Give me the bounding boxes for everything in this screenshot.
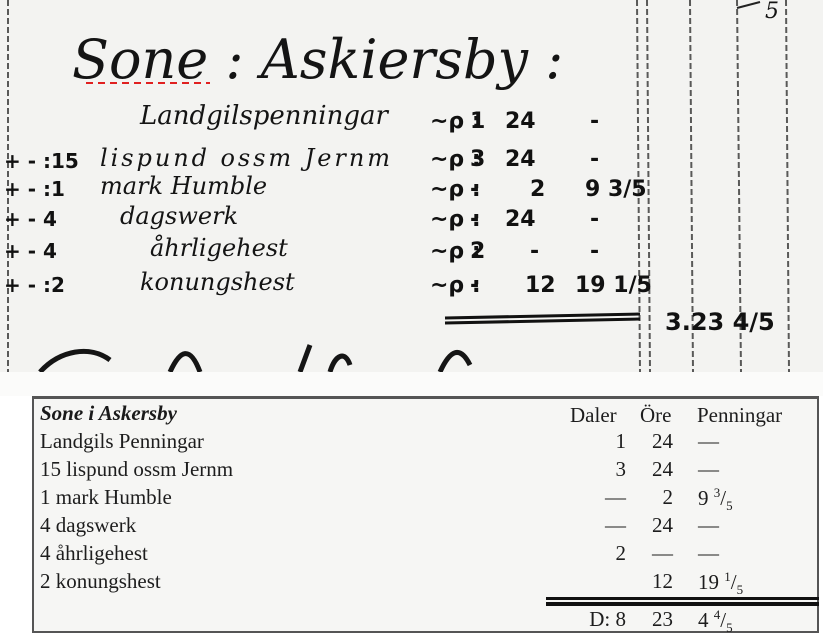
cell-daler: 3	[582, 457, 626, 482]
svg-text:2: 2	[470, 239, 485, 264]
svg-text:+ - :15: + - :15	[4, 149, 79, 173]
cell-ore: 24	[633, 513, 673, 538]
handwriting-layer: 5 Sone : Askiersby : Landgilspenningar ~…	[0, 0, 823, 372]
svg-text:19 1/5: 19 1/5	[575, 273, 652, 298]
svg-text:24: 24	[505, 147, 536, 172]
svg-text:12: 12	[525, 273, 556, 298]
svg-text:+ - :1: + - :1	[4, 177, 65, 201]
cell-ore: 2	[633, 485, 673, 510]
svg-text:24: 24	[505, 109, 536, 134]
table-row-label: 4 åhrligehest	[40, 541, 148, 566]
svg-text:-: -	[590, 109, 599, 134]
cell-penningar: —	[698, 513, 719, 538]
cell-penningar: 19 1/5	[698, 569, 743, 598]
separator	[0, 372, 823, 396]
header-daler: Daler	[570, 403, 617, 428]
svg-text:+ - 4: + - 4	[4, 207, 57, 231]
cell-daler: 2	[582, 541, 626, 566]
table-row-label: Landgils Penningar	[40, 429, 204, 454]
cell-ore: —	[633, 541, 673, 566]
svg-text:-: -	[590, 207, 599, 232]
cell-daler: 1	[582, 429, 626, 454]
table-title: Sone i Askersby	[40, 401, 177, 426]
svg-text:konungshest: konungshest	[140, 268, 295, 296]
table-row-label: 4 dagswerk	[40, 513, 136, 538]
svg-text:-: -	[590, 147, 599, 172]
cell-daler: —	[582, 513, 626, 538]
svg-text:-: -	[530, 239, 539, 264]
corner-mark: 5	[765, 0, 779, 24]
header-penningar: Penningar	[697, 403, 782, 428]
svg-text:åhrligehest: åhrligehest	[150, 233, 288, 262]
svg-text:-: -	[470, 177, 479, 202]
table-row-label: 2 konungshest	[40, 569, 161, 594]
cell-penningar: —	[698, 541, 719, 566]
header-ore: Öre	[640, 403, 671, 428]
svg-text:-: -	[590, 239, 599, 264]
transcription-table: Sone i Askersby Daler Öre Penningar Land…	[32, 396, 819, 633]
svg-text:lispund ossm Jernm: lispund ossm Jernm	[100, 144, 390, 172]
cell-ore: 24	[633, 429, 673, 454]
svg-text:-: -	[470, 273, 479, 298]
total-double-rule	[546, 597, 819, 606]
svg-text:9 3/5: 9 3/5	[585, 177, 647, 202]
manuscript-scan: 5 Sone : Askiersby : Landgilspenningar ~…	[0, 0, 823, 372]
cell-daler: —	[582, 485, 626, 510]
table-row-label: 15 lispund ossm Jernm	[40, 457, 233, 482]
svg-text:-: -	[470, 207, 479, 232]
manuscript-total: 3.23 4/5	[665, 308, 775, 336]
svg-text:+ - :2: + - :2	[4, 273, 65, 297]
total-penningar: 4 4/5	[698, 607, 733, 636]
total-daler: D: 8	[574, 607, 626, 632]
svg-text:+ - 4: + - 4	[4, 239, 57, 263]
cell-penningar: 9 3/5	[698, 485, 733, 514]
cell-ore: 12	[633, 569, 673, 594]
total-ore: 23	[633, 607, 673, 632]
svg-text:3: 3	[470, 147, 485, 172]
svg-text:2: 2	[530, 177, 545, 202]
ms-row-text: Landgilspenningar	[139, 101, 389, 131]
table-row-label: 1 mark Humble	[40, 485, 172, 510]
manuscript-heading: Sone : Askiersby :	[72, 28, 563, 91]
svg-text:24: 24	[505, 207, 536, 232]
svg-text:mark Humble: mark Humble	[100, 172, 267, 200]
svg-text:1: 1	[470, 109, 485, 134]
cell-ore: 24	[633, 457, 673, 482]
svg-text:dagswerk: dagswerk	[120, 202, 238, 230]
cell-penningar: —	[698, 429, 719, 454]
cell-penningar: —	[698, 457, 719, 482]
